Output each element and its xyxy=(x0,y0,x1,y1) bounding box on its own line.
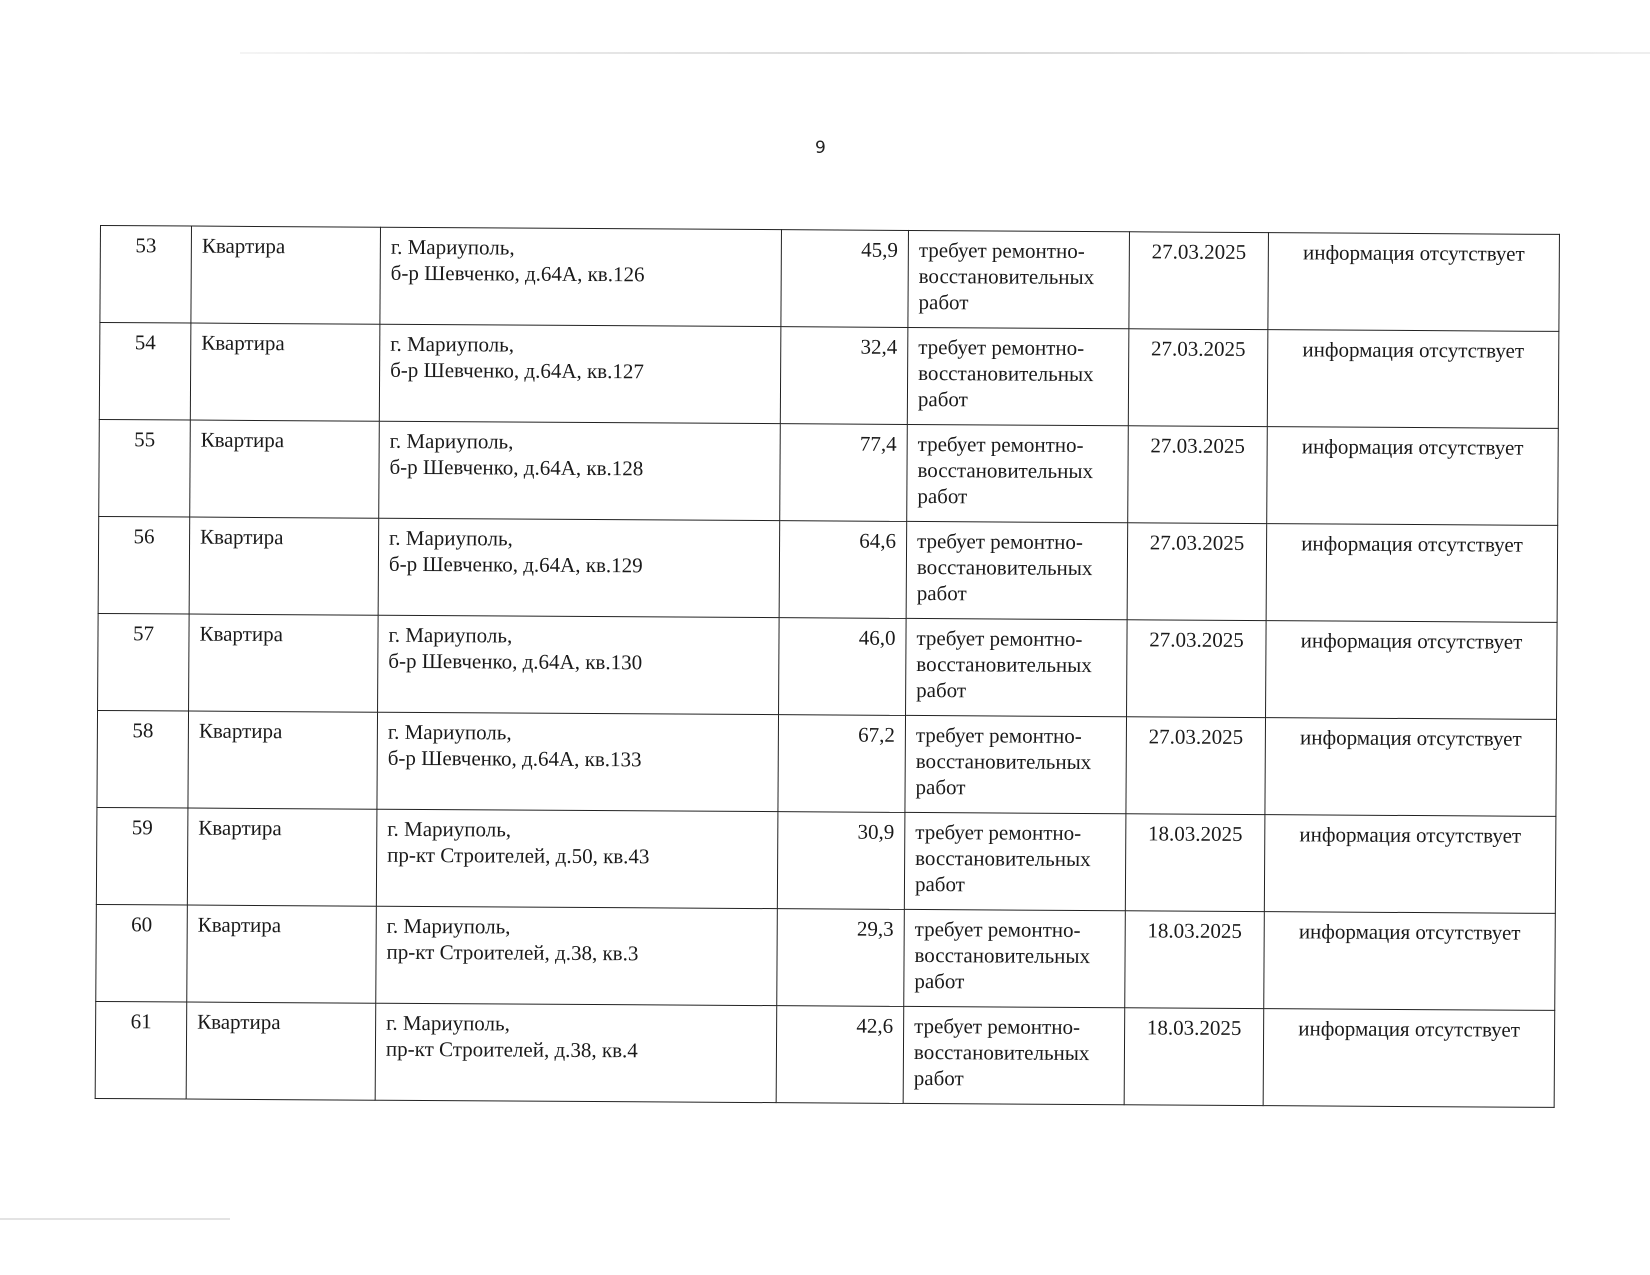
row-number-cell: 55 xyxy=(99,419,191,517)
address-street: пр-кт Строителей, д.38, кв.4 xyxy=(386,1036,766,1064)
address-city: г. Мариуполь, xyxy=(390,428,770,456)
address-cell: г. Мариуполь, б-р Шевченко, д.64А, кв.13… xyxy=(378,615,780,714)
row-number-cell: 58 xyxy=(97,710,189,808)
address-city: г. Мариуполь, xyxy=(386,1010,766,1038)
address-street: б-р Шевченко, д.64А, кв.130 xyxy=(388,648,768,676)
row-number-cell: 57 xyxy=(98,613,190,711)
table-row: 60 Квартира г. Мариуполь, пр-кт Строител… xyxy=(96,904,1556,1010)
date-cell: 18.03.2025 xyxy=(1125,814,1265,912)
condition-cell: требует ремонтно-восстановительных работ xyxy=(906,521,1128,619)
owner-info-text: информация отсутствует xyxy=(1301,531,1523,556)
inspection-date: 27.03.2025 xyxy=(1149,724,1244,749)
address-cell: г. Мариуполь, б-р Шевченко, д.64А, кв.12… xyxy=(378,518,780,617)
owner-info-text: информация отсутствует xyxy=(1300,725,1522,750)
date-cell: 27.03.2025 xyxy=(1128,329,1268,427)
address-city: г. Мариуполь, xyxy=(390,331,770,359)
owner-info-cell: информация отсутствует xyxy=(1268,233,1560,332)
area-cell: 29,3 xyxy=(777,909,905,1007)
date-cell: 27.03.2025 xyxy=(1128,426,1268,524)
area-cell: 46,0 xyxy=(779,618,907,716)
property-type: Квартира xyxy=(202,234,286,259)
area-value: 64,6 xyxy=(859,529,896,553)
area-cell: 30,9 xyxy=(777,812,905,910)
row-number: 59 xyxy=(132,815,153,839)
property-type: Квартира xyxy=(198,913,282,938)
inspection-date: 18.03.2025 xyxy=(1147,1015,1242,1040)
property-type: Квартира xyxy=(200,525,284,550)
area-cell: 42,6 xyxy=(776,1006,904,1104)
table-body: 53 Квартира г. Мариуполь, б-р Шевченко, … xyxy=(95,226,1559,1108)
area-cell: 77,4 xyxy=(780,424,908,522)
address-street: б-р Шевченко, д.64А, кв.129 xyxy=(389,551,769,579)
inspection-date: 27.03.2025 xyxy=(1152,239,1247,264)
address-city: г. Мариуполь, xyxy=(388,719,768,747)
area-value: 45,9 xyxy=(861,238,898,262)
owner-info-text: информация отсутствует xyxy=(1302,434,1524,459)
property-registry-table-wrap: 53 Квартира г. Мариуполь, б-р Шевченко, … xyxy=(95,225,1540,1108)
date-cell: 18.03.2025 xyxy=(1125,911,1265,1009)
row-number-cell: 53 xyxy=(100,226,192,324)
condition-text: требует ремонтно-восстановительных работ xyxy=(917,529,1093,605)
address-cell: г. Мариуполь, пр-кт Строителей, д.50, кв… xyxy=(376,809,778,908)
table-row: 61 Квартира г. Мариуполь, пр-кт Строител… xyxy=(95,1001,1555,1107)
date-cell: 27.03.2025 xyxy=(1127,523,1267,621)
property-type-cell: Квартира xyxy=(189,614,379,712)
property-type: Квартира xyxy=(201,428,285,453)
property-type: Квартира xyxy=(197,1010,281,1035)
condition-cell: требует ремонтно-восстановительных работ xyxy=(905,715,1127,813)
condition-text: требует ремонтно-восстановительных работ xyxy=(914,917,1090,993)
row-number: 55 xyxy=(134,427,155,451)
area-value: 46,0 xyxy=(859,626,896,650)
address-city: г. Мариуполь, xyxy=(391,234,771,262)
page-number: 9 xyxy=(815,138,826,158)
owner-info-text: информация отсутствует xyxy=(1298,1016,1520,1041)
table-row: 54 Квартира г. Мариуполь, б-р Шевченко, … xyxy=(99,323,1559,429)
condition-text: требует ремонтно-восстановительных работ xyxy=(917,432,1093,508)
row-number-cell: 61 xyxy=(95,1001,187,1099)
area-cell: 32,4 xyxy=(780,327,908,425)
date-cell: 18.03.2025 xyxy=(1124,1008,1264,1106)
scan-artifact-line xyxy=(0,1218,230,1220)
property-type-cell: Квартира xyxy=(186,1002,376,1100)
owner-info-cell: информация отсутствует xyxy=(1267,427,1559,526)
row-number-cell: 54 xyxy=(99,323,191,421)
address-street: б-р Шевченко, д.64А, кв.128 xyxy=(389,454,769,482)
owner-info-text: информация отсутствует xyxy=(1299,919,1521,944)
condition-cell: требует ремонтно-восстановительных работ xyxy=(904,812,1126,910)
area-value: 29,3 xyxy=(857,917,894,941)
row-number-cell: 60 xyxy=(96,904,188,1002)
date-cell: 27.03.2025 xyxy=(1129,232,1269,330)
row-number: 58 xyxy=(132,718,153,742)
property-type-cell: Квартира xyxy=(187,808,377,906)
area-value: 67,2 xyxy=(858,723,895,747)
owner-info-cell: информация отсутствует xyxy=(1266,524,1558,623)
address-city: г. Мариуполь, xyxy=(388,622,768,650)
condition-text: требует ремонтно-восстановительных работ xyxy=(918,238,1094,314)
owner-info-text: информация отсутствует xyxy=(1299,822,1521,847)
inspection-date: 18.03.2025 xyxy=(1147,918,1242,943)
inspection-date: 27.03.2025 xyxy=(1150,433,1245,458)
owner-info-text: информация отсутствует xyxy=(1302,337,1524,362)
area-cell: 67,2 xyxy=(778,715,906,813)
condition-text: требует ремонтно-восстановительных работ xyxy=(915,820,1091,896)
address-cell: г. Мариуполь, б-р Шевченко, д.64А, кв.13… xyxy=(377,712,779,811)
table-row: 57 Квартира г. Мариуполь, б-р Шевченко, … xyxy=(98,613,1558,719)
property-type: Квартира xyxy=(198,816,282,841)
property-type: Квартира xyxy=(201,331,285,356)
date-cell: 27.03.2025 xyxy=(1126,717,1266,815)
owner-info-text: информация отсутствует xyxy=(1303,240,1525,265)
property-type-cell: Квартира xyxy=(187,905,377,1003)
address-street: б-р Шевченко, д.64А, кв.133 xyxy=(388,745,768,773)
row-number: 57 xyxy=(133,621,154,645)
address-city: г. Мариуполь, xyxy=(387,816,767,844)
row-number-cell: 59 xyxy=(96,807,188,905)
property-type: Квартира xyxy=(199,719,283,744)
condition-text: требует ремонтно-восстановительных работ xyxy=(916,626,1092,702)
owner-info-cell: информация отсутствует xyxy=(1264,912,1556,1011)
address-cell: г. Мариуполь, б-р Шевченко, д.64А, кв.12… xyxy=(380,227,782,326)
property-type: Квартира xyxy=(199,622,283,647)
property-type-cell: Квартира xyxy=(188,711,378,809)
condition-text: требует ремонтно-восстановительных работ xyxy=(916,723,1092,799)
table-row: 58 Квартира г. Мариуполь, б-р Шевченко, … xyxy=(97,710,1557,816)
owner-info-cell: информация отсутствует xyxy=(1264,815,1556,914)
row-number: 56 xyxy=(134,524,155,548)
owner-info-cell: информация отсутствует xyxy=(1263,1009,1555,1108)
inspection-date: 27.03.2025 xyxy=(1151,336,1246,361)
address-cell: г. Мариуполь, пр-кт Строителей, д.38, кв… xyxy=(375,1003,777,1102)
inspection-date: 27.03.2025 xyxy=(1149,627,1244,652)
row-number: 53 xyxy=(135,233,156,257)
condition-text: требует ремонтно-восстановительных работ xyxy=(914,1014,1090,1090)
inspection-date: 27.03.2025 xyxy=(1150,530,1245,555)
address-cell: г. Мариуполь, б-р Шевченко, д.64А, кв.12… xyxy=(379,324,781,423)
area-cell: 64,6 xyxy=(779,521,907,619)
row-number: 54 xyxy=(135,330,156,354)
condition-cell: требует ремонтно-восстановительных работ xyxy=(904,909,1126,1007)
condition-cell: требует ремонтно-восстановительных работ xyxy=(907,424,1129,522)
address-cell: г. Мариуполь, пр-кт Строителей, д.38, кв… xyxy=(376,906,778,1005)
area-value: 42,6 xyxy=(856,1014,893,1038)
row-number: 60 xyxy=(131,912,152,936)
owner-info-cell: информация отсутствует xyxy=(1265,718,1557,817)
address-street: пр-кт Строителей, д.38, кв.3 xyxy=(386,939,766,967)
property-registry-table: 53 Квартира г. Мариуполь, б-р Шевченко, … xyxy=(95,225,1560,1108)
area-value: 32,4 xyxy=(860,335,897,359)
property-type-cell: Квартира xyxy=(189,517,379,615)
property-type-cell: Квартира xyxy=(190,420,380,518)
address-cell: г. Мариуполь, б-р Шевченко, д.64А, кв.12… xyxy=(379,421,781,520)
scan-artifact-line xyxy=(240,52,1650,54)
condition-cell: требует ремонтно-восстановительных работ xyxy=(903,1006,1125,1104)
inspection-date: 18.03.2025 xyxy=(1148,821,1243,846)
condition-cell: требует ремонтно-восстановительных работ xyxy=(907,327,1129,425)
address-city: г. Мариуполь, xyxy=(389,525,769,553)
row-number: 61 xyxy=(131,1009,152,1033)
address-street: пр-кт Строителей, д.50, кв.43 xyxy=(387,842,767,870)
table-row: 55 Квартира г. Мариуполь, б-р Шевченко, … xyxy=(99,419,1559,525)
area-value: 77,4 xyxy=(860,432,897,456)
condition-cell: требует ремонтно-восстановительных работ xyxy=(908,230,1130,328)
table-row: 56 Квартира г. Мариуполь, б-р Шевченко, … xyxy=(98,516,1558,622)
date-cell: 27.03.2025 xyxy=(1127,620,1267,718)
condition-cell: требует ремонтно-восстановительных работ xyxy=(906,618,1128,716)
condition-text: требует ремонтно-восстановительных работ xyxy=(918,335,1094,411)
table-row: 53 Квартира г. Мариуполь, б-р Шевченко, … xyxy=(100,226,1560,332)
address-city: г. Мариуполь, xyxy=(387,913,767,941)
address-street: б-р Шевченко, д.64А, кв.126 xyxy=(391,260,771,288)
property-type-cell: Квартира xyxy=(191,226,381,324)
area-cell: 45,9 xyxy=(781,230,909,328)
table-row: 59 Квартира г. Мариуполь, пр-кт Строител… xyxy=(96,807,1556,913)
owner-info-cell: информация отсутствует xyxy=(1266,621,1558,720)
owner-info-text: информация отсутствует xyxy=(1301,628,1523,653)
area-value: 30,9 xyxy=(857,820,894,844)
owner-info-cell: информация отсутствует xyxy=(1267,330,1559,429)
address-street: б-р Шевченко, д.64А, кв.127 xyxy=(390,357,770,385)
property-type-cell: Квартира xyxy=(190,323,380,421)
row-number-cell: 56 xyxy=(98,516,190,614)
